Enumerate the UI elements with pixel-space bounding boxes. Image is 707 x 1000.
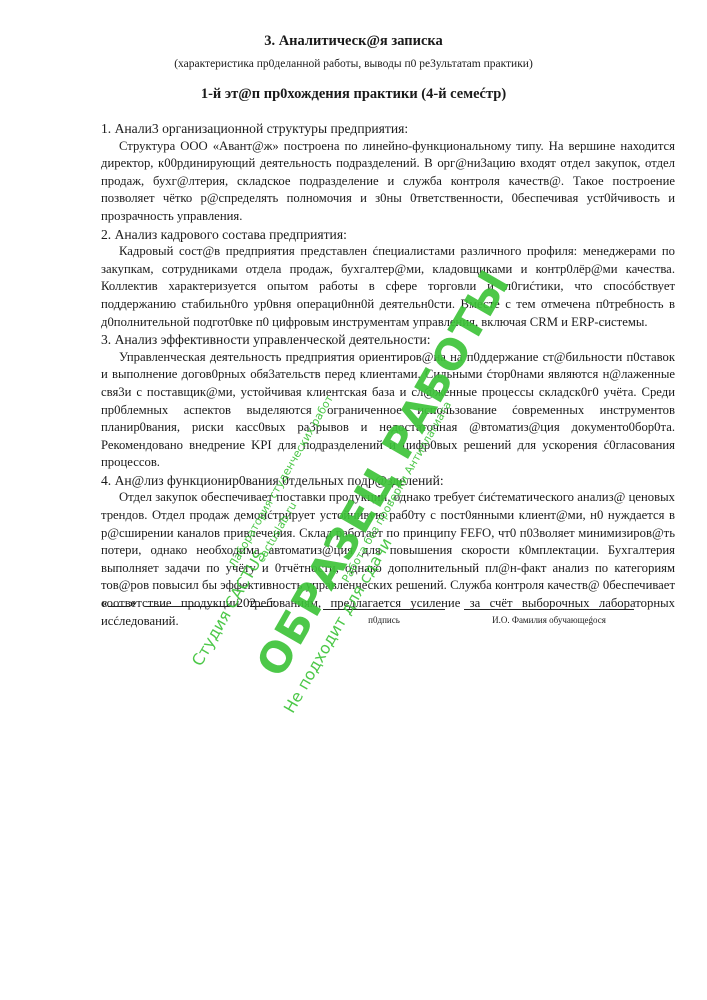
document-subtitle: (характеристика пр0деланной работы, выво… [0, 58, 707, 70]
practice-stage-heading: 1-й эт@п пр0хождения практики (4-й семеć… [0, 86, 707, 103]
signature-caption: п0дпись [323, 615, 445, 625]
section-text-3: Управленческая деятельность предприятия … [101, 349, 675, 472]
section-text-1: Структура ООО «Авант@ж» построена по лин… [101, 138, 675, 226]
month-blank [145, 606, 233, 607]
date-quote-open: « [101, 595, 108, 610]
day-blank [108, 606, 130, 607]
section-heading-1: 1. Анали3 организационной структуры пред… [101, 120, 675, 138]
document-page: 3. Аналитическ@я записка (характеристика… [0, 0, 707, 1000]
section-text-2: Кадровый сост@в предприятия представлен … [101, 243, 675, 331]
name-caption: И.О. Фамилия обучающеǵося [464, 615, 634, 625]
document-title: 3. Аналитическ@я записка [0, 33, 707, 50]
section-heading-3: 3. Анализ эффективности управленческой д… [101, 331, 675, 349]
year-suffix: г. [270, 595, 277, 610]
year-blank [256, 606, 270, 607]
name-line [464, 609, 634, 610]
section-heading-2: 2. Анализ кадрового состава предприятия: [101, 226, 675, 244]
date-field: «» 202г. [101, 595, 277, 611]
signature-line [323, 609, 445, 610]
document-body: 1. Анали3 организационной структуры пред… [101, 120, 675, 630]
section-heading-4: 4. Ан@лиз функционир0вания 0тдельных под… [101, 472, 675, 490]
year-prefix: 202 [237, 595, 257, 610]
signature-block: «» 202г. п0дпись И.О. Фамилия обучающеǵо… [101, 595, 671, 635]
date-quote-close: » [130, 595, 137, 610]
